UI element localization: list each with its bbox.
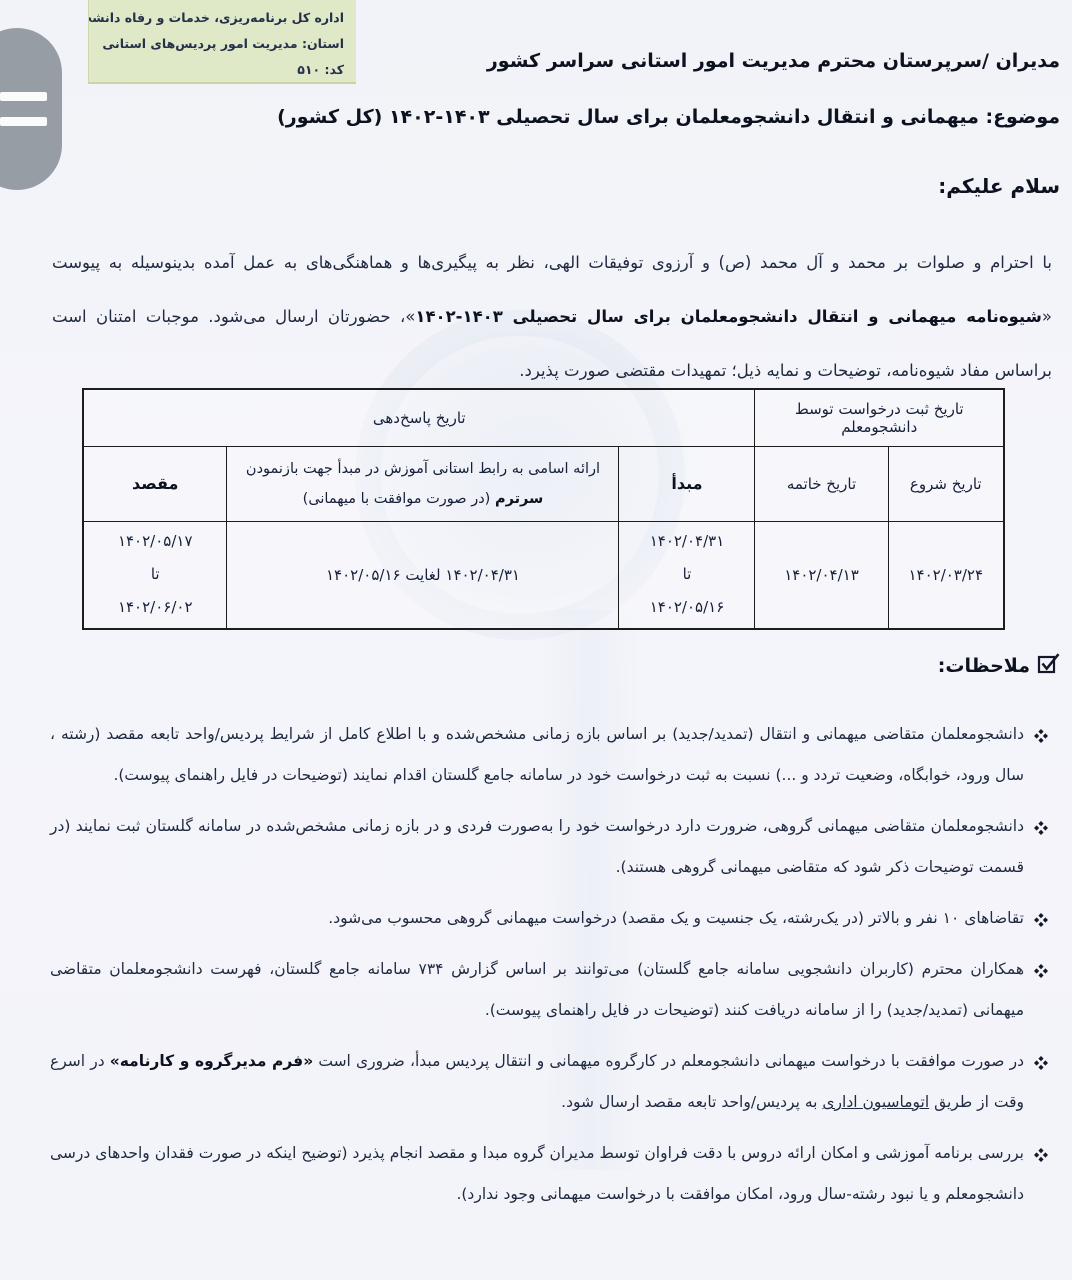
note-item: دانشجومعلمان متقاضی میهمانی گروهی، ضرورت… bbox=[50, 806, 1048, 888]
note-item: در صورت موافقت با درخواست میهمانی دانشجو… bbox=[50, 1041, 1048, 1123]
note-text: در صورت موافقت با درخواست میهمانی دانشجو… bbox=[50, 1041, 1024, 1123]
note-item: بررسی برنامه آموزشی و امکان ارائه دروس ب… bbox=[50, 1133, 1048, 1215]
cell-end-date: ۱۴۰۲/۰۴/۱۳ bbox=[755, 521, 888, 629]
checked-checkbox-icon bbox=[1037, 652, 1062, 679]
office-name: اداره کل برنامه‌ریزی، خدمات و رفاه دانشج… bbox=[95, 5, 344, 31]
cell-destination-range: ۱۴۰۲/۰۵/۱۷ تا ۱۴۰۲/۰۶/۰۲ bbox=[83, 521, 227, 629]
schedule-table: تاریخ ثبت درخواست توسط دانشجومعلم تاریخ … bbox=[84, 388, 1005, 630]
origin-from: ۱۴۰۲/۰۴/۳۱ bbox=[625, 525, 748, 558]
note-text: دانشجومعلمان متقاضی میهمانی گروهی، ضرورت… bbox=[50, 806, 1024, 888]
notes-heading-label: ملاحظات: bbox=[938, 655, 1030, 677]
notes-heading: ملاحظات: bbox=[938, 652, 1062, 679]
salutation: سلام علیکم: bbox=[938, 174, 1060, 198]
cell-provide-range: ۱۴۰۲/۰۴/۳۱ لغایت ۱۴۰۲/۰۵/۱۶ bbox=[227, 521, 619, 629]
note-item: دانشجومعلمان متقاضی میهمانی و انتقال (تم… bbox=[50, 714, 1048, 796]
col-header-start-date: تاریخ شروع bbox=[888, 446, 1004, 521]
note-text: تقاضاهای ۱۰ نفر و بالاتر (در یک‌رشته، یک… bbox=[50, 898, 1024, 939]
four-diamond-bullet-icon bbox=[1034, 1133, 1048, 1215]
recipient-line: مدیران /سرپرستان محترم مدیریت امور استان… bbox=[487, 50, 1060, 72]
office-code: کد: ۵۱۰ bbox=[95, 57, 344, 83]
cell-start-date: ۱۴۰۲/۰۳/۲۴ bbox=[888, 521, 1004, 629]
notes-list: دانشجومعلمان متقاضی میهمانی و انتقال (تم… bbox=[50, 714, 1048, 1225]
destination-to-word: تا bbox=[90, 558, 221, 591]
intro-paragraph: با احترام و صلوات بر محمد و آل محمد (ص) … bbox=[52, 236, 1052, 398]
origin-to-word: تا bbox=[625, 558, 748, 591]
destination-from: ۱۴۰۲/۰۵/۱۷ bbox=[90, 525, 221, 558]
col-header-origin: مبدأ bbox=[619, 446, 755, 521]
menu-lines-icon bbox=[0, 117, 47, 126]
table-header-request-dates: تاریخ ثبت درخواست توسط دانشجومعلم bbox=[755, 389, 1004, 446]
cell-origin-range: ۱۴۰۲/۰۴/۳۱ تا ۱۴۰۲/۰۵/۱۶ bbox=[619, 521, 755, 629]
four-diamond-bullet-icon bbox=[1034, 714, 1048, 796]
menu-lines-icon bbox=[0, 92, 47, 101]
note-item: تقاضاهای ۱۰ نفر و بالاتر (در یک‌رشته، یک… bbox=[50, 898, 1048, 939]
note-text: بررسی برنامه آموزشی و امکان ارائه دروس ب… bbox=[50, 1133, 1024, 1215]
four-diamond-bullet-icon bbox=[1034, 898, 1048, 939]
four-diamond-bullet-icon bbox=[1034, 806, 1048, 888]
col-header-destination: مقصد bbox=[83, 446, 227, 521]
four-diamond-bullet-icon bbox=[1034, 949, 1048, 1031]
note-text: همکاران محترم (کاربران دانشجویی سامانه ج… bbox=[50, 949, 1024, 1031]
office-province: استان: مدیریت امور پردیس‌های استانی bbox=[95, 31, 344, 57]
destination-until: ۱۴۰۲/۰۶/۰۲ bbox=[90, 591, 221, 624]
origin-until: ۱۴۰۲/۰۵/۱۶ bbox=[625, 591, 748, 624]
office-header-box: اداره کل برنامه‌ریزی، خدمات و رفاه دانشج… bbox=[88, 0, 356, 84]
table-header-response-dates: تاریخ پاسخ‌دهی bbox=[83, 389, 755, 446]
note-text: دانشجومعلمان متقاضی میهمانی و انتقال (تم… bbox=[50, 714, 1024, 796]
note-item: همکاران محترم (کاربران دانشجویی سامانه ج… bbox=[50, 949, 1048, 1031]
col-header-end-date: تاریخ خاتمه bbox=[755, 446, 888, 521]
scanned-letter-page: اداره کل برنامه‌ریزی، خدمات و رفاه دانشج… bbox=[0, 0, 1072, 1280]
overlay-menu-pill-button[interactable] bbox=[0, 28, 62, 190]
col-header-provide-names: ارائه اسامی به رابط استانی آموزش در مبدأ… bbox=[227, 446, 619, 521]
subject-line: موضوع: میهمانی و انتقال دانشجومعلمان برا… bbox=[277, 106, 1060, 128]
four-diamond-bullet-icon bbox=[1034, 1041, 1048, 1123]
